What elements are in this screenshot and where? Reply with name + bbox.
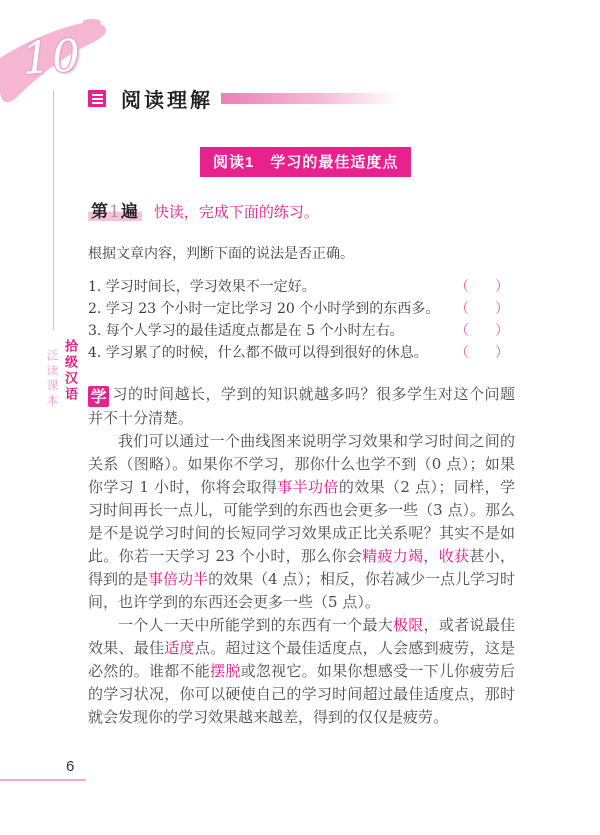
series-subtitle: 泛读课本: [44, 349, 61, 409]
passage-keyword: 事半功倍: [277, 478, 339, 496]
series-title: 拾级汉语: [61, 339, 80, 403]
passage-keyword: 事倍功半: [148, 570, 208, 588]
exercise-item-text: 2. 学习 23 个小时一定比学习 20 个小时学到的东西多。: [88, 298, 439, 320]
passage-keyword: 摆脱: [210, 662, 241, 680]
section-title: 阅读理解: [121, 84, 213, 113]
sidebar-rule: [53, 90, 54, 330]
unit-number: 10: [20, 30, 83, 85]
drop-cap-letter: 学: [88, 386, 109, 407]
passage-paragraph: 一个人一天中所能学到的东西有一个最大极限，或者说最佳效果、最佳适度点。超过这个最…: [88, 614, 515, 729]
exercise-item-text: 1. 学习时间长，学习效果不一定好。: [88, 276, 316, 298]
reading-banner: 阅读1 学习的最佳适度点: [200, 147, 411, 177]
exercise-item: 2. 学习 23 个小时一定比学习 20 个小时学到的东西多。（ ）: [88, 298, 515, 320]
passage-text: 一个人一天中所能学到的东西有一个最大: [118, 616, 393, 634]
page-number: 6: [66, 758, 74, 775]
textbook-page: 10 拾级汉语 泛读课本 阅读理解 阅读1 学习的最佳适度点 第1遍 快读，完成…: [0, 0, 600, 835]
pass-label: 第1遍: [88, 197, 142, 222]
pass-label-number: 1: [109, 202, 121, 222]
answer-blank: （ ）: [455, 276, 515, 298]
exercise-item-text: 4. 学习累了的时候，什么都不做可以得到很好的休息。: [88, 342, 428, 364]
passage-keyword: 适度: [164, 639, 195, 657]
passage-keyword: 极限: [393, 616, 424, 634]
exercise-item-text: 3. 每个人学习的最佳适度点都是在 5 个小时左右。: [88, 320, 404, 342]
exercise-item: 3. 每个人学习的最佳适度点都是在 5 个小时左右。（ ）: [88, 320, 515, 342]
answer-blank: （ ）: [455, 342, 515, 364]
header-gradient-bar: [221, 93, 406, 104]
passage-keyword: 精疲力竭: [362, 547, 423, 565]
pass-instruction: 快读，完成下面的练习。: [154, 201, 319, 222]
pass-label-prefix: 第: [91, 202, 109, 221]
exercise-item: 4. 学习累了的时候，什么都不做可以得到很好的休息。（ ）: [88, 342, 515, 364]
exercise-item: 1. 学习时间长，学习效果不一定好。（ ）: [88, 276, 515, 298]
pass-row: 第1遍 快读，完成下面的练习。: [88, 197, 515, 222]
passage-keyword: 收获: [439, 547, 470, 565]
sidebar-spine-text: 拾级汉语 泛读课本: [44, 333, 80, 409]
passage-text: ，: [423, 547, 438, 565]
section-header: 阅读理解: [88, 84, 406, 113]
passage-paragraph: 我们可以通过一个曲线图来说明学习效果和学习时间之间的关系（图略）。如果你不学习，…: [88, 430, 515, 614]
answer-blank: （ ）: [455, 320, 515, 342]
passage: 学习的时间越长，学到的知识就越多吗？很多学生对这个问题并不十分清楚。我们可以通过…: [88, 383, 515, 729]
answer-blank: （ ）: [455, 298, 515, 320]
exercise-list: 1. 学习时间长，学习效果不一定好。（ ）2. 学习 23 个小时一定比学习 2…: [88, 276, 515, 364]
page-number-rule: [0, 779, 86, 781]
main-content: 第1遍 快读，完成下面的练习。 根据文章内容，判断下面的说法是否正确。 1. 学…: [88, 197, 515, 729]
pass-label-suffix: 遍: [121, 202, 139, 221]
triple-bar-icon: [88, 90, 106, 107]
passage-paragraph: 学习的时间越长，学到的知识就越多吗？很多学生对这个问题并不十分清楚。: [88, 383, 515, 430]
passage-text: 习的时间越长，学到的知识就越多吗？很多学生对这个问题并不十分清楚。: [88, 385, 515, 427]
exercise-directions: 根据文章内容，判断下面的说法是否正确。: [88, 243, 515, 263]
